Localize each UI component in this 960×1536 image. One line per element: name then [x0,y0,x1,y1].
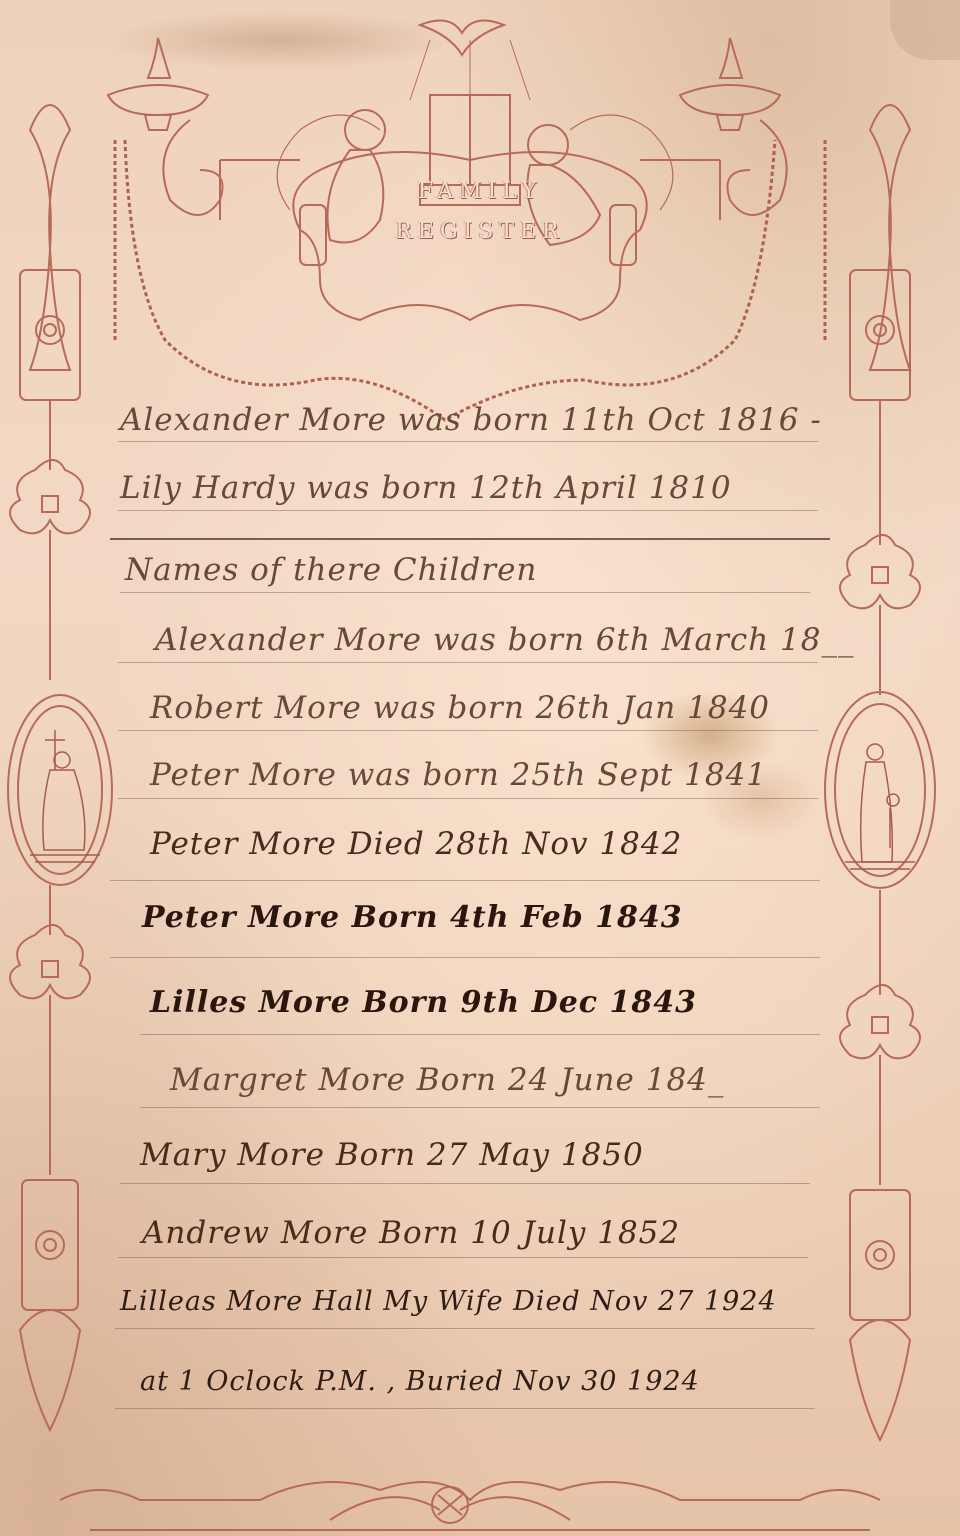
divider-line [110,538,830,540]
child-entry: Andrew More Born 10 July 1852 [142,1215,680,1251]
ruled-line [118,441,818,442]
child-entry: Peter More Born 4th Feb 1843 [142,900,683,935]
child-entry: Margret More Born 24 June 184_ [170,1062,724,1098]
child-entry: Alexander More was born 6th March 18__ [155,622,854,658]
ruled-line [118,798,818,799]
child-entry: Peter More was born 25th Sept 1841 [150,757,767,793]
later-note-death: Lilleas More Hall My Wife Died Nov 27 19… [120,1286,777,1317]
ruled-line [120,1183,810,1184]
ruled-line [110,957,820,958]
death-entry: Peter More Died 28th Nov 1842 [150,826,682,862]
ruled-line [110,880,820,881]
family-register-page: FAMILY REGISTER Alexander More was born … [0,0,960,1536]
ruled-line [120,592,810,593]
ruled-line [115,1328,815,1329]
parent-entry-mother: Lily Hardy was born 12th April 1810 [120,470,732,506]
ruled-line [118,510,818,511]
ruled-line [118,662,818,663]
child-entry: Mary More Born 27 May 1850 [140,1137,644,1173]
ruled-line [115,1408,815,1409]
register-entries: Alexander More was born 11th Oct 1816 - … [0,0,960,1536]
child-entry: Robert More was born 26th Jan 1840 [150,690,770,726]
ruled-line [140,1034,820,1035]
ruled-line [118,1257,808,1258]
ruled-line [140,1107,820,1108]
later-note-burial: at 1 Oclock P.M. , Buried Nov 30 1924 [140,1366,700,1397]
children-heading: Names of there Children [125,552,537,588]
parent-entry-father: Alexander More was born 11th Oct 1816 - [120,402,822,438]
child-entry: Lilles More Born 9th Dec 1843 [150,985,697,1020]
ruled-line [118,730,818,731]
